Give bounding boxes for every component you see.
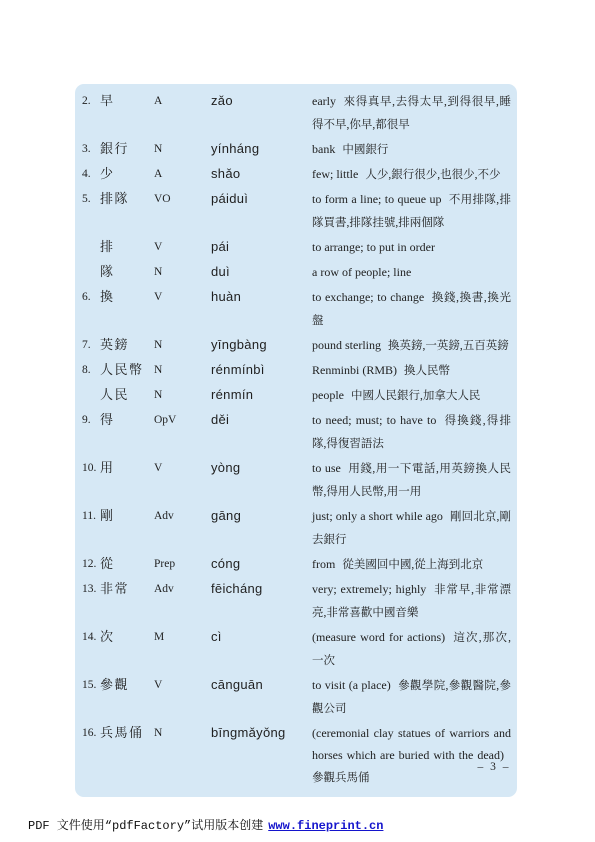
entry-gloss-en: to arrange; to put in order: [312, 240, 435, 254]
entry-headword: 非常: [100, 578, 154, 600]
vocabulary-panel: 2. 早 A zǎo early來得真早,去得太早,到得很早,睡得不早,你早,都…: [75, 84, 517, 797]
vocab-rows: 2. 早 A zǎo early來得真早,去得太早,到得很早,睡得不早,你早,都…: [82, 90, 513, 789]
entry-definition: just; only a short while ago剛回北京,剛去銀行: [312, 505, 513, 551]
entry-gloss-en: to need; must; to have to: [312, 413, 436, 427]
entry-headword: 用: [100, 457, 154, 479]
entry-pos: V: [154, 236, 211, 258]
entry-examples-zh: 來得真早,去得太早,到得很早,睡得不早,你早,都很早: [312, 96, 511, 131]
entry-number: 5.: [82, 188, 100, 210]
entry-gloss-en: people: [312, 388, 344, 402]
entry-pos: V: [154, 286, 211, 308]
vocab-entry: 16. 兵馬俑 N bīngmǎyǒng (ceremonial clay st…: [82, 722, 513, 789]
entry-pinyin: rénmínbì: [211, 359, 312, 381]
entry-examples-zh: 用錢,用一下電話,用英鎊換人民幣,得用人民幣,用一用: [312, 463, 511, 498]
entry-headword: 得: [100, 409, 154, 431]
vocab-entry: 6. 換 V huàn to exchange; to change換錢,換書,…: [82, 286, 513, 332]
entry-pinyin: bīngmǎyǒng: [211, 722, 312, 744]
entry-pos: A: [154, 163, 211, 185]
entry-number: 12.: [82, 553, 100, 575]
entry-headword: 銀行: [100, 138, 154, 160]
entry-headword: 排: [100, 236, 154, 258]
entry-gloss-en: (measure word for actions): [312, 630, 445, 644]
entry-headword: 英鎊: [100, 334, 154, 356]
entry-definition: (ceremonial clay statues of warriors and…: [312, 722, 513, 789]
watermark-text: PDF 文件使用“pdfFactory”试用版本创建: [28, 819, 263, 833]
entry-pinyin: duì: [211, 261, 312, 283]
vocab-entry: 15. 參觀 V cānguān to visit (a place)參觀學院,…: [82, 674, 513, 720]
entry-headword: 參觀: [100, 674, 154, 696]
entry-pos: N: [154, 359, 211, 381]
vocab-entry: 2. 早 A zǎo early來得真早,去得太早,到得很早,睡得不早,你早,都…: [82, 90, 513, 136]
entry-definition: few; little人少,銀行很少,也很少,不少: [312, 163, 513, 186]
entry-headword: 人民: [100, 384, 154, 406]
vocab-entry: 14. 次 M cì (measure word for actions)這次,…: [82, 626, 513, 672]
entry-gloss-en: from: [312, 557, 335, 571]
entry-headword: 剛: [100, 505, 154, 527]
entry-number: 6.: [82, 286, 100, 308]
entry-definition: a row of people; line: [312, 261, 513, 284]
entry-pinyin: cóng: [211, 553, 312, 575]
entry-number: 11.: [82, 505, 100, 527]
entry-pinyin: rénmín: [211, 384, 312, 406]
entry-examples-zh: 從美國回中國,從上海到北京: [342, 559, 483, 571]
entry-number: 2.: [82, 90, 100, 112]
entry-definition: people中國人民銀行,加拿大人民: [312, 384, 513, 407]
entry-examples-zh: 參觀兵馬俑: [312, 772, 370, 784]
entry-gloss-en: early: [312, 94, 336, 108]
entry-number: 13.: [82, 578, 100, 600]
vocab-entry: 10. 用 V yòng to use用錢,用一下電話,用英鎊換人民幣,得用人民…: [82, 457, 513, 503]
vocab-entry: 人民 N rénmín people中國人民銀行,加拿大人民: [82, 384, 513, 407]
entry-headword: 隊: [100, 261, 154, 283]
entry-examples-zh: 換英鎊,一英鎊,五百英鎊: [388, 340, 509, 352]
vocab-entry: 4. 少 A shǎo few; little人少,銀行很少,也很少,不少: [82, 163, 513, 186]
entry-gloss-en: pound sterling: [312, 338, 381, 352]
entry-pinyin: páiduì: [211, 188, 312, 210]
entry-headword: 人民幣: [100, 359, 154, 381]
entry-pinyin: cì: [211, 626, 312, 648]
entry-pinyin: děi: [211, 409, 312, 431]
entry-headword: 兵馬俑: [100, 722, 154, 744]
entry-headword: 換: [100, 286, 154, 308]
entry-pos: N: [154, 384, 211, 406]
entry-pos: V: [154, 674, 211, 696]
pdf-page: 2. 早 A zǎo early來得真早,去得太早,到得很早,睡得不早,你早,都…: [0, 0, 595, 842]
entry-number: 8.: [82, 359, 100, 381]
entry-gloss-en: bank: [312, 142, 335, 156]
vocab-entry: 排 V pái to arrange; to put in order: [82, 236, 513, 259]
entry-pos: N: [154, 138, 211, 160]
entry-gloss-en: to visit (a place): [312, 678, 391, 692]
entry-definition: from從美國回中國,從上海到北京: [312, 553, 513, 576]
entry-definition: early來得真早,去得太早,到得很早,睡得不早,你早,都很早: [312, 90, 513, 136]
entry-pinyin: huàn: [211, 286, 312, 308]
entry-pos: N: [154, 722, 211, 744]
entry-pinyin: cānguān: [211, 674, 312, 696]
vocab-entry: 7. 英鎊 N yīngbàng pound sterling換英鎊,一英鎊,五…: [82, 334, 513, 357]
entry-definition: (measure word for actions)這次,那次,一次: [312, 626, 513, 672]
entry-gloss-en: to use: [312, 461, 341, 475]
entry-pos: N: [154, 334, 211, 356]
entry-pinyin: gāng: [211, 505, 312, 527]
entry-number: 9.: [82, 409, 100, 431]
entry-number: 3.: [82, 138, 100, 160]
entry-examples-zh: 中國人民銀行,加拿大人民: [351, 390, 480, 402]
entry-definition: to need; must; to have to得換錢,得排隊,得復習語法: [312, 409, 513, 455]
entry-number: 7.: [82, 334, 100, 356]
entry-gloss-en: just; only a short while ago: [312, 509, 443, 523]
pdf-watermark-footer: PDF 文件使用“pdfFactory”试用版本创建www.fineprint.…: [28, 816, 383, 833]
entry-headword: 次: [100, 626, 154, 648]
entry-definition: very; extremely; highly非常早,非常漂亮,非常喜歡中國音樂: [312, 578, 513, 624]
entry-gloss-en: very; extremely; highly: [312, 582, 426, 596]
entry-pinyin: yīngbàng: [211, 334, 312, 356]
entry-examples-zh: 換人民幣: [404, 365, 450, 377]
vocab-entry: 13. 非常 Adv fēicháng very; extremely; hig…: [82, 578, 513, 624]
entry-definition: to use用錢,用一下電話,用英鎊換人民幣,得用人民幣,用一用: [312, 457, 513, 503]
entry-gloss-en: a row of people; line: [312, 265, 411, 279]
entry-definition: bank中國銀行: [312, 138, 513, 161]
entry-pinyin: fēicháng: [211, 578, 312, 600]
entry-definition: to form a line; to queue up不用排隊,排隊買書,排隊挂…: [312, 188, 513, 234]
entry-gloss-en: Renminbi (RMB): [312, 363, 397, 377]
entry-definition: to visit (a place)參觀學院,參觀醫院,參觀公司: [312, 674, 513, 720]
entry-headword: 排隊: [100, 188, 154, 210]
entry-definition: to exchange; to change換錢,換書,換光盤: [312, 286, 513, 332]
entry-number: 15.: [82, 674, 100, 696]
entry-gloss-en: few; little: [312, 167, 358, 181]
entry-pos: OpV: [154, 409, 211, 431]
entry-headword: 少: [100, 163, 154, 185]
page-number: – 3 –: [466, 761, 522, 773]
entry-pos: Adv: [154, 578, 211, 600]
entry-gloss-en: to exchange; to change: [312, 290, 424, 304]
vocab-entry: 5. 排隊 VO páiduì to form a line; to queue…: [82, 188, 513, 234]
entry-gloss-en: (ceremonial clay statues of warriors and…: [312, 726, 511, 762]
entry-number: 16.: [82, 722, 100, 744]
entry-gloss-en: to form a line; to queue up: [312, 192, 441, 206]
entry-pinyin: yòng: [211, 457, 312, 479]
entry-examples-zh: 中國銀行: [342, 144, 388, 156]
entry-number: 10.: [82, 457, 100, 479]
entry-headword: 從: [100, 553, 154, 575]
entry-number: 14.: [82, 626, 100, 648]
entry-pos: A: [154, 90, 211, 112]
entry-definition: Renminbi (RMB)換人民幣: [312, 359, 513, 382]
vocab-entry: 11. 剛 Adv gāng just; only a short while …: [82, 505, 513, 551]
vocab-entry: 8. 人民幣 N rénmínbì Renminbi (RMB)換人民幣: [82, 359, 513, 382]
entry-pos: N: [154, 261, 211, 283]
entry-pinyin: shǎo: [211, 163, 312, 185]
entry-pos: Adv: [154, 505, 211, 527]
entry-pinyin: yínháng: [211, 138, 312, 160]
entry-definition: to arrange; to put in order: [312, 236, 513, 259]
entry-headword: 早: [100, 90, 154, 112]
entry-pinyin: zǎo: [211, 90, 312, 112]
entry-pos: V: [154, 457, 211, 479]
entry-number: 4.: [82, 163, 100, 185]
entry-pos: Prep: [154, 553, 211, 575]
entry-pos: M: [154, 626, 211, 648]
vocab-entry: 隊 N duì a row of people; line: [82, 261, 513, 284]
vocab-entry: 9. 得 OpV děi to need; must; to have to得換…: [82, 409, 513, 455]
entry-examples-zh: 人少,銀行很少,也很少,不少: [365, 169, 500, 181]
vocab-entry: 3. 銀行 N yínháng bank中國銀行: [82, 138, 513, 161]
vocab-entry: 12. 從 Prep cóng from從美國回中國,從上海到北京: [82, 553, 513, 576]
entry-pos: VO: [154, 188, 211, 210]
entry-pinyin: pái: [211, 236, 312, 258]
fineprint-link[interactable]: www.fineprint.cn: [268, 819, 383, 833]
entry-definition: pound sterling換英鎊,一英鎊,五百英鎊: [312, 334, 513, 357]
